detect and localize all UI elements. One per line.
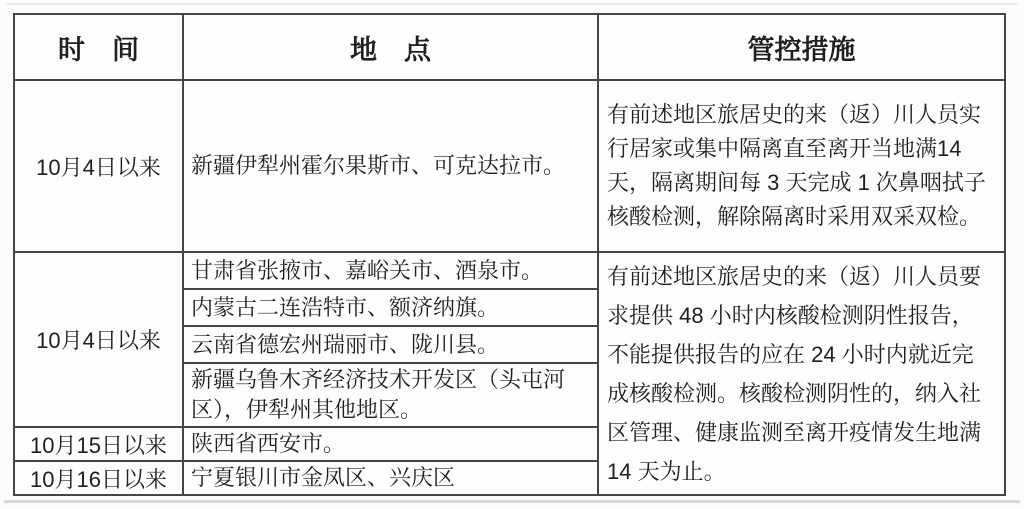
column-header-location: 地 点 <box>183 14 598 80</box>
location-cell-xinjiang-yili: 新疆伊犁州霍尔果斯市、可克达拉市。 <box>183 80 598 252</box>
control-measures-table: 时 间 地 点 管控措施 10月4日以来 新疆伊犁州霍尔果斯市、可克达拉市。 有… <box>13 13 1006 496</box>
image-top-shadow-line <box>6 3 1018 5</box>
location-cell-gansu: 甘肃省张掖市、嘉峪关市、酒泉市。 <box>183 252 598 289</box>
location-cell-yunnan: 云南省德宏州瑞丽市、陇川县。 <box>183 326 598 363</box>
column-header-measures: 管控措施 <box>598 14 1005 80</box>
table-row-gansu: 10月4日以来 甘肃省张掖市、嘉峪关市、酒泉市。 有前述地区旅居史的来（返）川人… <box>14 252 1005 289</box>
location-cell-shaanxi: 陕西省西安市。 <box>183 427 598 461</box>
time-cell-oct16: 10月16日以来 <box>14 461 183 495</box>
measure-cell-section2: 有前述地区旅居史的来（返）川人员要求提供 48 小时内核酸检测阴性报告，不能提供… <box>598 252 1005 495</box>
time-cell-oct15: 10月15日以来 <box>14 427 183 461</box>
table-header-row: 时 间 地 点 管控措施 <box>14 14 1005 80</box>
location-cell-ningxia: 宁夏银川市金凤区、兴庆区 <box>183 461 598 495</box>
time-cell-section1: 10月4日以来 <box>14 80 183 252</box>
page: 时 间 地 点 管控措施 10月4日以来 新疆伊犁州霍尔果斯市、可克达拉市。 有… <box>0 0 1024 509</box>
column-header-time: 时 间 <box>14 14 183 80</box>
location-cell-neimenggu: 内蒙古二连浩特市、额济纳旗。 <box>183 289 598 326</box>
measure-cell-section1: 有前述地区旅居史的来（返）川人员实行居家或集中隔离直至离开当地满14天，隔离期间… <box>598 80 1005 252</box>
table-row-section1: 10月4日以来 新疆伊犁州霍尔果斯市、可克达拉市。 有前述地区旅居史的来（返）川… <box>14 80 1005 252</box>
time-cell-oct4-group: 10月4日以来 <box>14 252 183 427</box>
location-cell-xinjiang-urumqi: 新疆乌鲁木齐经济技术开发区（头屯河区），伊犁州其他地区。 <box>183 363 598 427</box>
image-bottom-shadow-line <box>4 500 1020 503</box>
